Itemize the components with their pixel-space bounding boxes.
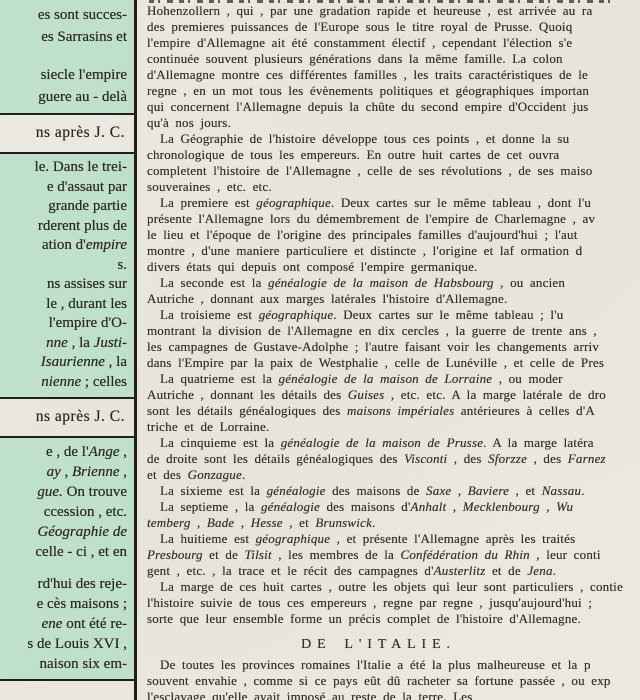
marginal-date-note: ns après J. C. xyxy=(0,408,134,426)
text-run: Brunswick xyxy=(315,515,372,530)
text-run: le lieu et l'époque de l'origine des pri… xyxy=(147,227,578,242)
text-line: La troisieme est géographique. Deux cart… xyxy=(147,307,640,323)
text-run: généalogie de la maison de Habsbourg xyxy=(268,275,494,290)
text-line: nne , la Justi- xyxy=(0,334,127,354)
text-line: temberg , Bade , Hesse , et Brunswick. xyxy=(147,515,640,531)
text-line: gue. On trouve xyxy=(0,482,127,502)
text-run: , xyxy=(120,464,128,480)
text-run: l'histoire suivie de tous ces empereurs … xyxy=(147,595,592,610)
paragraph: La quatrieme est la généalogie de la mai… xyxy=(147,371,640,435)
text-run: naison six em- xyxy=(40,656,128,672)
paragraph: La huitieme est géographique , et présen… xyxy=(147,531,640,579)
text-line: les campagnes de Gustave-Adolphe ; l'aut… xyxy=(147,339,640,355)
text-run: Confédération du Rhin xyxy=(400,547,529,562)
text-line: ns après J. C. xyxy=(0,408,125,426)
text-run: Nassau xyxy=(542,483,582,498)
text-line: chronologique de tous les empereurs. En … xyxy=(147,147,640,163)
text-run: ns assises sur xyxy=(47,276,127,292)
text-run: , etc. etc. A la marge latérale de dro xyxy=(384,387,606,402)
paragraph: La cinquieme est la généalogie de la mai… xyxy=(147,435,640,483)
text-line: des premieres puissances de l'Europe sou… xyxy=(147,19,640,35)
text-run: es Sarrasins et xyxy=(41,29,127,45)
text-line: Presbourg et de Tilsit , les membres de … xyxy=(147,547,640,563)
text-run: Presbourg xyxy=(147,547,203,562)
scanned-page: es sont succes-es Sarrasins etsiecle l'e… xyxy=(0,0,640,700)
text-run: siecle l'empire xyxy=(41,67,127,83)
text-line: d'Allemagne montre ces différentes famil… xyxy=(147,67,640,83)
text-line: ccession , etc. xyxy=(0,502,127,522)
text-run: guere au - delà xyxy=(38,89,127,105)
text-run: nienne xyxy=(41,374,81,390)
text-run: On trouve xyxy=(63,484,127,500)
text-line: naison six em- xyxy=(0,654,127,674)
text-line: divers états qui depuis ont composé l'em… xyxy=(147,259,640,275)
text-run: completent l'histoire de l'Allemagne , c… xyxy=(147,163,592,178)
text-run: . xyxy=(553,563,556,578)
text-run: montrant la division de l'Allemagne en d… xyxy=(147,323,597,338)
text-run: La marge de ces huit cartes , outre les … xyxy=(160,579,623,594)
text-line: e cès maisons ; xyxy=(0,594,127,614)
section-heading-italie: DE L'ITALIE. xyxy=(147,637,610,653)
text-run: gent , etc. , la trace et le récit des c… xyxy=(147,563,434,578)
paragraph: La premiere est géographique. Deux carte… xyxy=(147,195,640,275)
paragraph: La sixieme est la généalogie des maisons… xyxy=(147,483,640,499)
text-run: et de xyxy=(486,563,528,578)
text-run: rderent plus de xyxy=(38,218,127,234)
text-line: e d'assaut par xyxy=(0,178,127,198)
text-run: Tilsit xyxy=(245,547,272,562)
text-run: Géographie de xyxy=(37,524,127,540)
text-line: Isaurienne , la xyxy=(0,353,127,373)
text-run: , leur conti xyxy=(530,547,601,562)
text-run: antérieures à celles d'A xyxy=(454,403,595,418)
text-run: celle - ci , et en xyxy=(35,544,127,560)
text-run: . Deux cartes sur le même tableau , dont… xyxy=(331,195,591,210)
text-line: qui concernent l'Allemagne depuis la chû… xyxy=(147,99,640,115)
text-run: Wu xyxy=(556,499,573,514)
text-run: , xyxy=(540,499,556,514)
text-run: , ou moder xyxy=(492,371,562,386)
text-run: les campagnes de Gustave-Adolphe ; l'aut… xyxy=(147,339,599,354)
text-run: Brienne xyxy=(72,464,119,480)
text-run: empire xyxy=(86,237,127,253)
text-run: et xyxy=(293,515,316,530)
text-line: Géographie de xyxy=(0,522,127,542)
marginal-date-note: ns après J. C. xyxy=(0,124,134,142)
text-line: rderent plus de xyxy=(0,217,127,237)
text-run: qui concernent l'Allemagne depuis la chû… xyxy=(147,99,589,114)
paragraph: Hohenzollern , qui , par une gradation r… xyxy=(147,3,640,131)
text-run: chronologique de tous les empereurs. En … xyxy=(147,147,559,162)
text-run: . A la marge latéra xyxy=(483,435,594,450)
text-run: , xyxy=(451,483,467,498)
text-run: généalogie de la maison de Lorraine xyxy=(279,371,493,386)
text-line: La marge de ces huit cartes , outre les … xyxy=(147,579,640,595)
text-run: Guises xyxy=(348,387,385,402)
text-line: le lieu et l'époque de l'origine des pri… xyxy=(147,227,640,243)
text-run: La seconde est la xyxy=(160,275,268,290)
text-line: souveraines , etc. etc. xyxy=(147,179,640,195)
horizontal-rule xyxy=(0,113,134,115)
text-run: . Deux cartes sur le même tableau ; l'u xyxy=(333,307,563,322)
text-run: La sixieme est la xyxy=(160,483,267,498)
text-run: souvent envahie , comme si ce pays eût d… xyxy=(147,673,611,688)
main-text-flow: Hohenzollern , qui , par une gradation r… xyxy=(147,3,640,700)
text-run: triche et de Lorraine. xyxy=(147,419,269,434)
text-run: La septieme , la xyxy=(160,499,261,514)
text-run: géographique xyxy=(256,195,331,210)
text-run: et de xyxy=(203,547,245,562)
text-run: Autriche , donnant aux marges latérales … xyxy=(147,291,507,306)
text-line: guere au - delà xyxy=(0,86,127,108)
text-run: , des xyxy=(527,451,568,466)
text-line: qu'à nos jours. xyxy=(147,115,640,131)
text-run: La troisieme est xyxy=(160,307,259,322)
text-run: géographique xyxy=(256,531,331,546)
text-run: La quatrieme est la xyxy=(160,371,279,386)
text-run: ation d' xyxy=(42,237,86,253)
text-run: nne xyxy=(46,335,68,351)
highlighted-text-block: e , de l'Ange ,ay , Brienne ,gue. On tro… xyxy=(0,438,134,679)
text-line: Hohenzollern , qui , par une gradation r… xyxy=(147,3,640,19)
text-run: Justi- xyxy=(94,335,127,351)
text-line: ene ont été re- xyxy=(0,614,127,634)
text-run: gue. xyxy=(37,484,62,500)
text-line: La huitieme est géographique , et présen… xyxy=(147,531,640,547)
highlighted-text-block: es sont succes-es Sarrasins etsiecle l'e… xyxy=(0,0,134,113)
text-line: siecle l'empire xyxy=(0,64,127,86)
text-line: La seconde est la généalogie de la maiso… xyxy=(147,275,640,291)
text-run: s de Louis XVI , xyxy=(27,636,127,652)
text-run: , des xyxy=(447,451,488,466)
text-run: La cinquieme est la xyxy=(160,435,281,450)
text-run: ; celles xyxy=(81,374,127,390)
text-run: Anhalt xyxy=(411,499,447,514)
text-line: ay , Brienne , xyxy=(0,462,127,482)
text-line: le. Dans le trei- xyxy=(0,158,127,178)
text-line: s de Louis XVI , xyxy=(0,634,127,654)
text-run: e , de l' xyxy=(46,444,89,460)
text-run: maisons impériales xyxy=(347,403,454,418)
paragraph: La Géographie de l'histoire développe to… xyxy=(147,131,640,195)
text-run: , et xyxy=(509,483,542,498)
text-line: grande partie xyxy=(0,197,127,217)
text-run: , la xyxy=(105,354,127,370)
text-run: , la xyxy=(68,335,94,351)
text-line: Autriche , donnant aux marges latérales … xyxy=(147,291,640,307)
paragraph: La seconde est la généalogie de la maiso… xyxy=(147,275,640,307)
text-run: De toutes les provinces romaines l'Itali… xyxy=(160,657,591,672)
text-run: . xyxy=(242,467,245,482)
text-run: généalogie xyxy=(267,483,326,498)
text-run: ay xyxy=(47,464,61,480)
text-line: l'empire d'Allemagne ait été constamment… xyxy=(147,35,640,51)
text-run: ccession , etc. xyxy=(44,504,127,520)
text-line: l'histoire suivie de tous ces empereurs … xyxy=(147,595,640,611)
text-run: La huitieme est xyxy=(160,531,256,546)
text-run: Jena xyxy=(527,563,552,578)
text-run: Hohenzollern , qui , par une gradation r… xyxy=(147,3,592,18)
text-line: présente l'Allemagne lors du démembremen… xyxy=(147,211,640,227)
text-run: généalogie xyxy=(261,499,320,514)
text-line: ation d'empire xyxy=(0,236,127,256)
text-run: des maisons de xyxy=(326,483,426,498)
text-run: d'Allemagne montre ces différentes famil… xyxy=(147,67,588,82)
text-run: le , durant les xyxy=(46,296,127,312)
text-line: l'empire d'O- xyxy=(0,314,127,334)
text-run: Saxe xyxy=(426,483,451,498)
text-line: montrant la division de l'Allemagne en d… xyxy=(147,323,640,339)
text-run: , xyxy=(61,464,72,480)
text-line: nienne ; celles xyxy=(0,373,127,393)
text-run: Autriche , donnant les détails des xyxy=(147,387,348,402)
text-run: continuée souvent plusieurs générations … xyxy=(147,51,563,66)
text-run: le. Dans le trei- xyxy=(35,159,127,175)
text-line: La cinquieme est la généalogie de la mai… xyxy=(147,435,640,451)
text-run: Ange xyxy=(89,444,120,460)
text-run: regne , en un mot tous les évènements po… xyxy=(147,83,589,98)
text-line: ns assises sur xyxy=(0,275,127,295)
horizontal-rule xyxy=(0,397,134,399)
text-line: La premiere est géographique. Deux carte… xyxy=(147,195,640,211)
paragraph: La troisieme est géographique. Deux cart… xyxy=(147,307,640,371)
text-run: l'empire d'Allemagne ait été constamment… xyxy=(147,35,572,50)
text-line: e , de l'Ange , xyxy=(0,442,127,462)
text-run: e cès maisons ; xyxy=(37,596,127,612)
text-run: ns après J. C. xyxy=(36,408,125,425)
text-run: souveraines , etc. etc. xyxy=(147,179,272,194)
text-line: es Sarrasins et xyxy=(0,26,127,48)
line-gap xyxy=(0,48,127,64)
text-run: divers états qui depuis ont composé l'em… xyxy=(147,259,478,274)
text-run: qu'à nos jours. xyxy=(147,115,231,130)
horizontal-rule xyxy=(0,679,134,681)
main-column: Hohenzollern , qui , par une gradation r… xyxy=(137,0,640,700)
text-line: completent l'histoire de l'Allemagne , c… xyxy=(147,163,640,179)
text-run: l'esclavage qu'elle avait imposé au rest… xyxy=(147,689,473,700)
text-line: s. xyxy=(0,256,127,276)
text-run: . xyxy=(372,515,375,530)
text-line: dans l'Empire par la paix de Westphalie … xyxy=(147,355,640,371)
text-run: Baviere xyxy=(468,483,509,498)
text-run: Mecklenbourg xyxy=(463,499,540,514)
text-run: montre , d'une maniere particuliere et d… xyxy=(147,243,582,258)
clipped-text-remnant xyxy=(149,0,617,3)
text-run: temberg , Bade , Hesse , xyxy=(147,515,293,530)
text-line: souvent envahie , comme si ce pays eût d… xyxy=(147,673,640,689)
text-run: es sont succes- xyxy=(38,7,127,23)
text-run: ene xyxy=(42,616,63,632)
left-column: es sont succes-es Sarrasins etsiecle l'e… xyxy=(0,0,134,700)
text-run: , les membres de la xyxy=(272,547,401,562)
text-run: Gonzague xyxy=(188,467,242,482)
text-run: Sforzze xyxy=(488,451,527,466)
text-line: le , durant les xyxy=(0,295,127,315)
text-run: présente l'Allemagne lors du démembremen… xyxy=(147,211,595,226)
text-run: sorte que leur ensemble forme un précis … xyxy=(147,611,581,626)
text-run: e d'assaut par xyxy=(47,179,127,195)
text-run: sont les détails généalogiques des xyxy=(147,403,347,418)
text-run: des premieres puissances de l'Europe sou… xyxy=(147,19,572,34)
text-run: La premiere est xyxy=(160,195,256,210)
line-gap xyxy=(0,562,127,574)
text-run: La Géographie de l'histoire développe to… xyxy=(160,131,569,146)
text-run: rd'hui des reje- xyxy=(38,576,127,592)
text-line: es sont succes- xyxy=(0,4,127,26)
text-line: celle - ci , et en xyxy=(0,542,127,562)
text-line: La sixieme est la généalogie des maisons… xyxy=(147,483,640,499)
text-run: Visconti xyxy=(404,451,447,466)
text-line: sorte que leur ensemble forme un précis … xyxy=(147,611,640,627)
text-run: grande partie xyxy=(48,198,127,214)
text-line: La Géographie de l'histoire développe to… xyxy=(147,131,640,147)
text-line: triche et de Lorraine. xyxy=(147,419,640,435)
text-run: . xyxy=(581,483,584,498)
text-line: regne , en un mot tous les évènements po… xyxy=(147,83,640,99)
text-line: La septieme , la généalogie des maisons … xyxy=(147,499,640,515)
text-run: et des xyxy=(147,467,188,482)
text-run: des maisons d' xyxy=(320,499,411,514)
text-line: de droite sont les détails généalogiques… xyxy=(147,451,640,467)
paragraph: La marge de ces huit cartes , outre les … xyxy=(147,579,640,627)
paragraph: De toutes les provinces romaines l'Itali… xyxy=(147,657,640,700)
text-run: Austerlitz xyxy=(434,563,486,578)
text-run: , xyxy=(446,499,462,514)
text-run: , ou ancien xyxy=(494,275,565,290)
text-line: sont les détails généalogiques des maiso… xyxy=(147,403,640,419)
text-run: s. xyxy=(117,257,127,273)
text-line: gent , etc. , la trace et le récit des c… xyxy=(147,563,640,579)
text-run: Isaurienne xyxy=(41,354,105,370)
text-line: La quatrieme est la généalogie de la mai… xyxy=(147,371,640,387)
paragraph: La septieme , la généalogie des maisons … xyxy=(147,499,640,531)
text-line: l'esclavage qu'elle avait imposé au rest… xyxy=(147,689,640,700)
text-line: rd'hui des reje- xyxy=(0,574,127,594)
text-line: ns après J. C. xyxy=(0,124,125,142)
text-run: de droite sont les détails généalogiques… xyxy=(147,451,404,466)
text-run: Farnez xyxy=(568,451,606,466)
text-run: , et présente l'Allemagne après les trai… xyxy=(330,531,575,546)
text-run: , xyxy=(120,444,128,460)
text-run: ns après J. C. xyxy=(36,124,125,141)
text-line: Autriche , donnant les détails des Guise… xyxy=(147,387,640,403)
highlighted-text-block: le. Dans le trei-e d'assaut pargrande pa… xyxy=(0,154,134,397)
text-run: ont été re- xyxy=(62,616,127,632)
text-run: dans l'Empire par la paix de Westphalie … xyxy=(147,355,604,370)
text-line: De toutes les provinces romaines l'Itali… xyxy=(147,657,640,673)
text-run: l'empire d'O- xyxy=(49,315,127,331)
text-run: généalogie de la maison de Prusse xyxy=(281,435,483,450)
text-run: géographique xyxy=(259,307,334,322)
text-line: et des Gonzague. xyxy=(147,467,640,483)
text-line: continuée souvent plusieurs générations … xyxy=(147,51,640,67)
text-line: montre , d'une maniere particuliere et d… xyxy=(147,243,640,259)
